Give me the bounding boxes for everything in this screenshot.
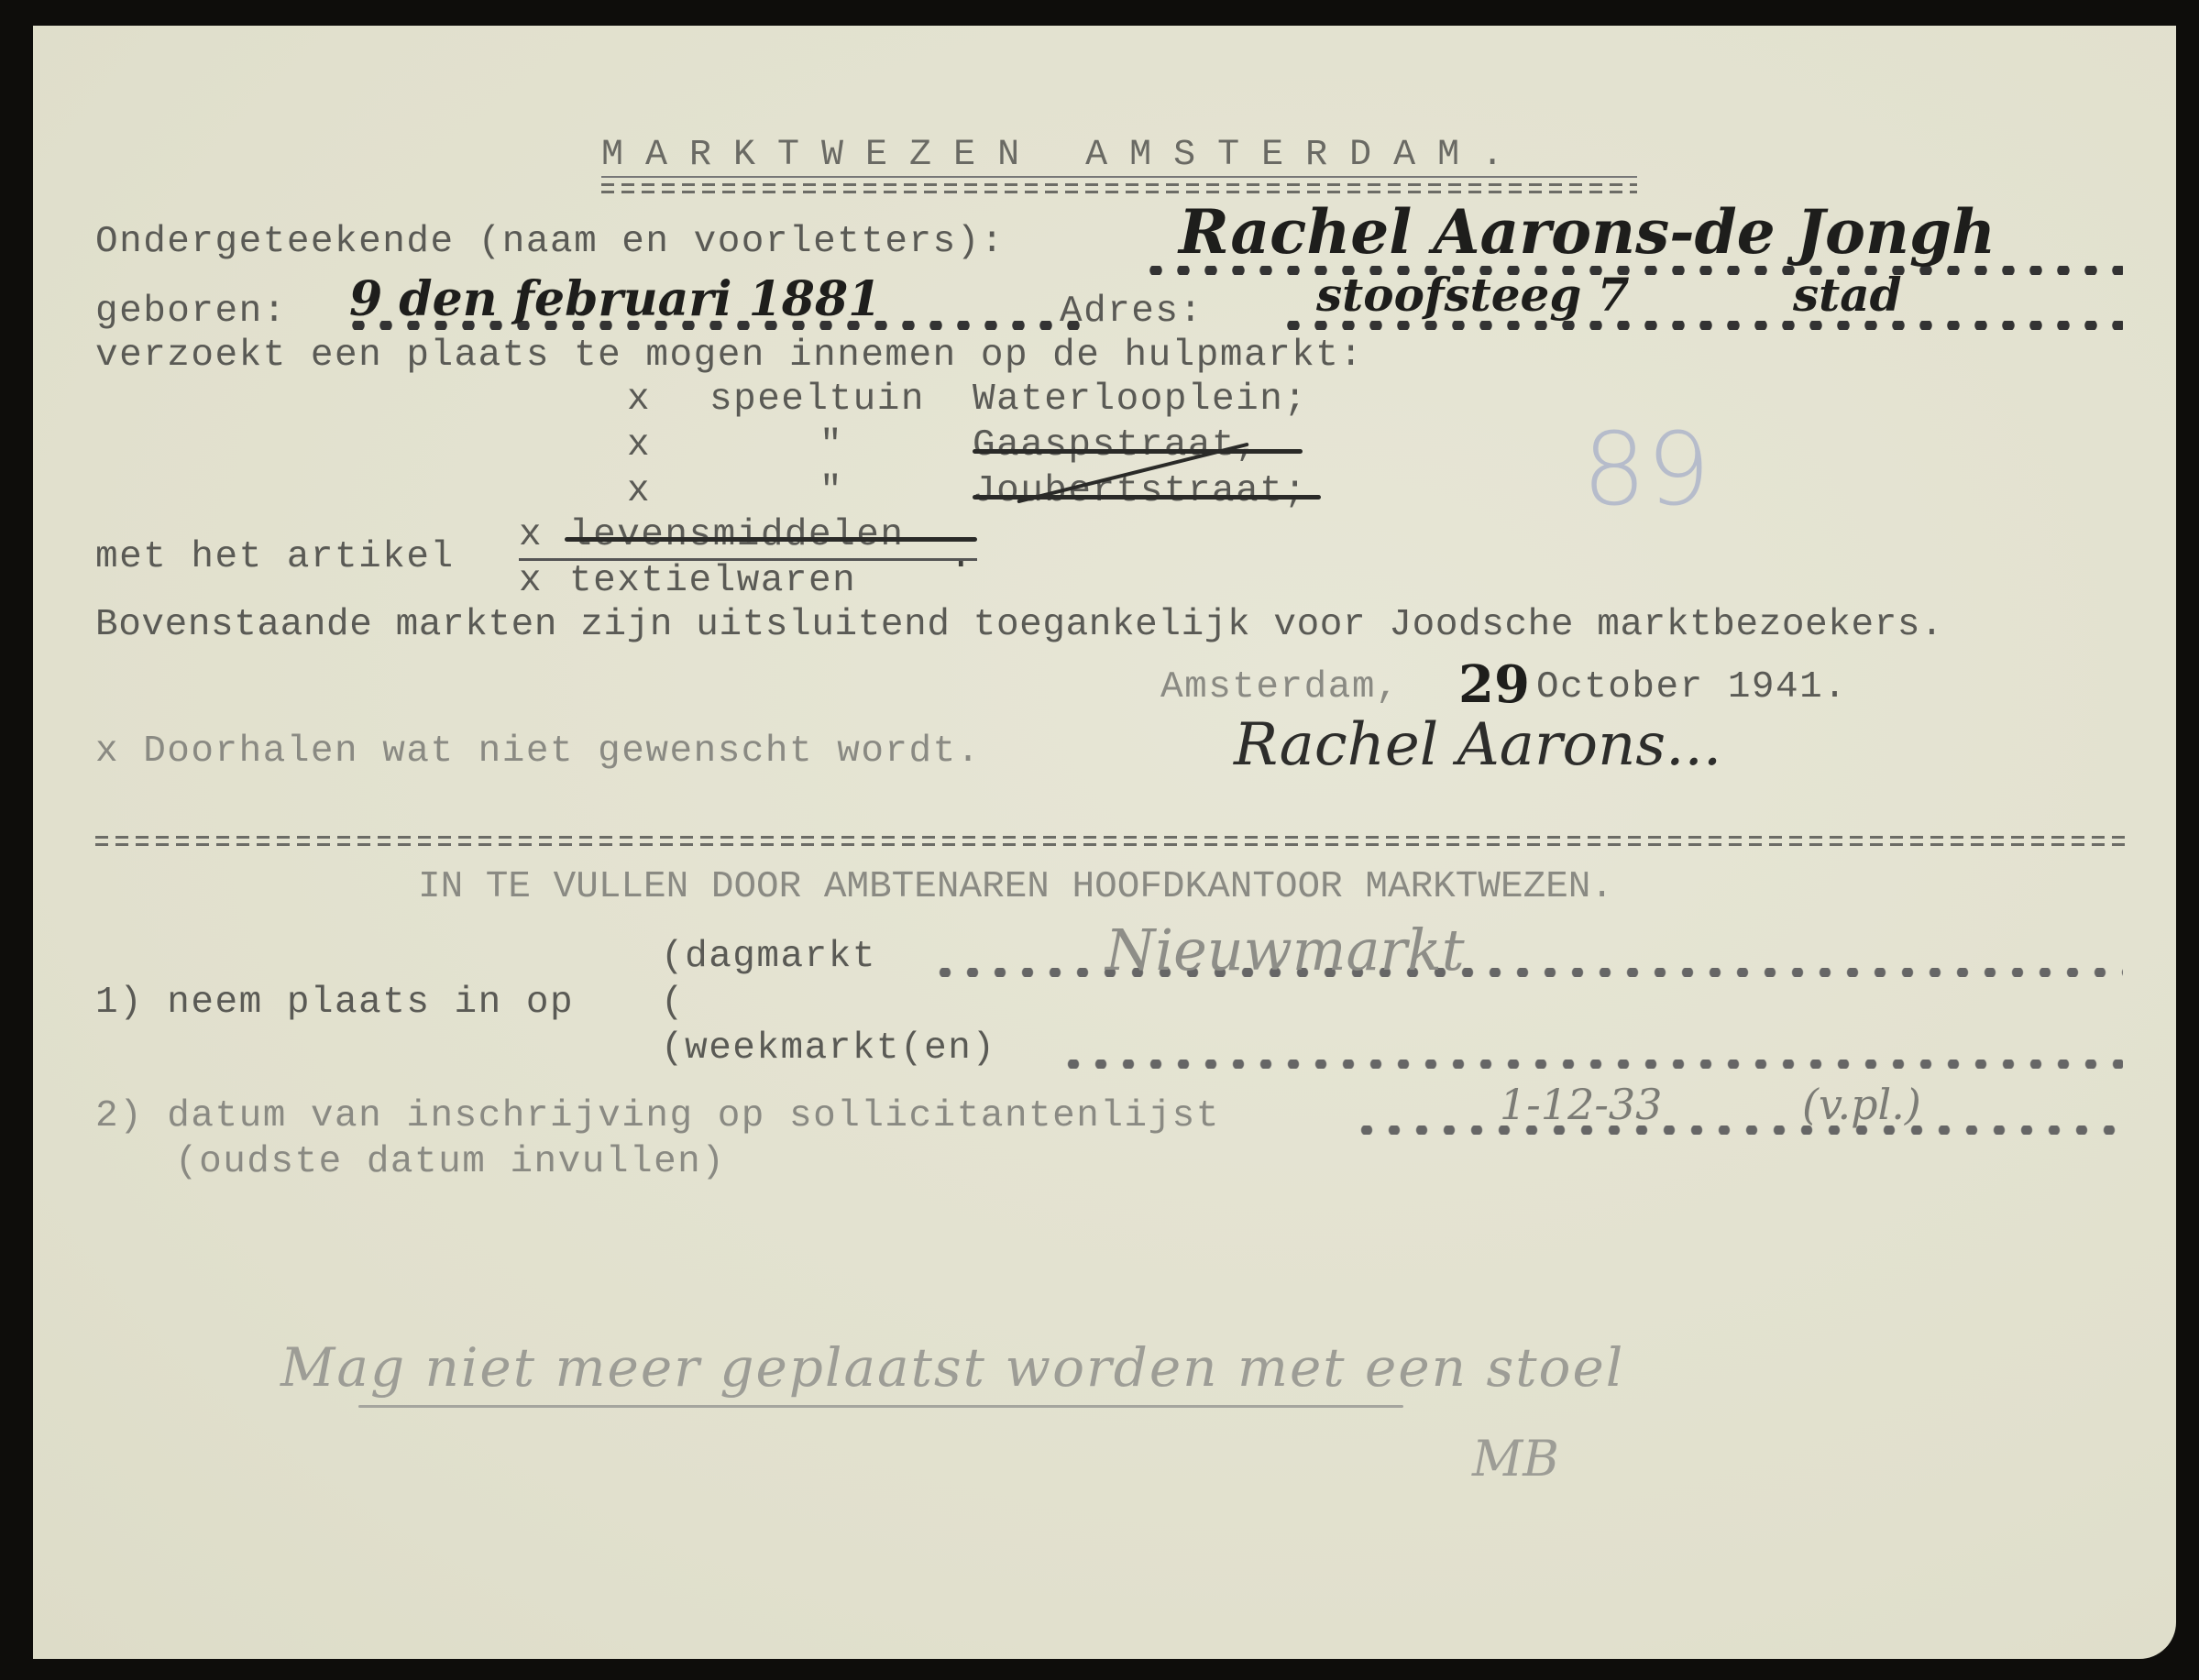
article-1-strikethrough — [565, 537, 977, 542]
date-day: 29 — [1458, 654, 1530, 715]
place-label: Amsterdam, — [1160, 667, 1400, 708]
born-value: 9 den februari 1881 — [349, 271, 881, 327]
address-city: stad — [1793, 268, 1902, 322]
market-prefix-2: " — [819, 425, 843, 466]
pencil-note: Mag niet meer geplaatst worden met een s… — [280, 1336, 1624, 1399]
document-title: M A R K T W E Z E N A M S T E R D A M . — [601, 136, 1503, 176]
market-name-3: Joubertstraat; — [973, 471, 1307, 511]
item1-label: 1) neem plaats in op — [95, 983, 574, 1023]
item1-bracket: ( — [661, 983, 685, 1023]
market-prefix-3: " — [819, 471, 843, 511]
article-label: met het artikel — [95, 537, 455, 577]
dagmarkt-label: (dagmarkt — [661, 937, 876, 977]
official-heading: IN TE VULLEN DOOR AMBTENAREN HOOFDKANTOO… — [418, 867, 1613, 907]
article-period: . — [950, 537, 973, 577]
market-mark-3: x — [627, 471, 651, 511]
weekmarkt-dotted-line — [1060, 1060, 2123, 1069]
name-value: Rachel Aarons-de Jongh — [1179, 196, 1996, 268]
weekmarkt-label: (weekmarkt(en) — [661, 1028, 995, 1069]
market-name-2: Gaaspstraat, — [973, 425, 1259, 466]
document-paper: M A R K T W E Z E N A M S T E R D A M . … — [33, 26, 2176, 1659]
title-underline — [601, 176, 1637, 178]
market-name-1: Waterlooplein; — [973, 379, 1307, 420]
market-mark-1: x — [627, 379, 651, 420]
market-2-strikethrough — [973, 449, 1303, 454]
item2-sublabel: (oudste datum invullen) — [175, 1142, 725, 1182]
item2-value: 1-12-33 — [1500, 1080, 1662, 1129]
article-name-2: textielwaren — [569, 561, 856, 601]
born-label: geboren: — [95, 291, 287, 332]
address-value: stoofsteeg 7 — [1316, 268, 1629, 322]
article-mark-2: x — [519, 561, 543, 601]
item2-label: 2) datum van inschrijving op sollicitant… — [95, 1096, 1220, 1136]
article-name-1: levensmiddelen — [569, 515, 904, 555]
dagmarkt-value: Nieuwmarkt — [1105, 917, 1465, 983]
archive-number: 89 — [1582, 411, 1710, 528]
pencil-note-underline — [358, 1405, 1403, 1408]
title-double-rule — [601, 183, 1637, 194]
market-mark-2: x — [627, 425, 651, 466]
address-label: Adres: — [1060, 291, 1204, 332]
market-prefix-1: speeltuin — [709, 379, 925, 420]
article-mark-1: x — [519, 515, 543, 555]
item2-value-note: (v.pl.) — [1802, 1080, 1921, 1129]
date-month-year: October 1941. — [1536, 667, 1847, 708]
item2-dotted-line — [1353, 1125, 2123, 1135]
section-separator — [95, 836, 2126, 847]
name-label: Ondergeteekende (naam en voorletters): — [95, 222, 1005, 262]
notice-text: Bovenstaande markten zijn uitsluitend to… — [95, 605, 1943, 645]
pencil-initials: MB — [1472, 1430, 1559, 1488]
address-dotted-line — [1280, 321, 2123, 330]
strike-note: x Doorhalen wat niet gewenscht wordt. — [95, 731, 981, 772]
request-line: verzoekt een plaats te mogen innemen op … — [95, 335, 1364, 376]
signature: Rachel Aarons... — [1234, 711, 1721, 779]
